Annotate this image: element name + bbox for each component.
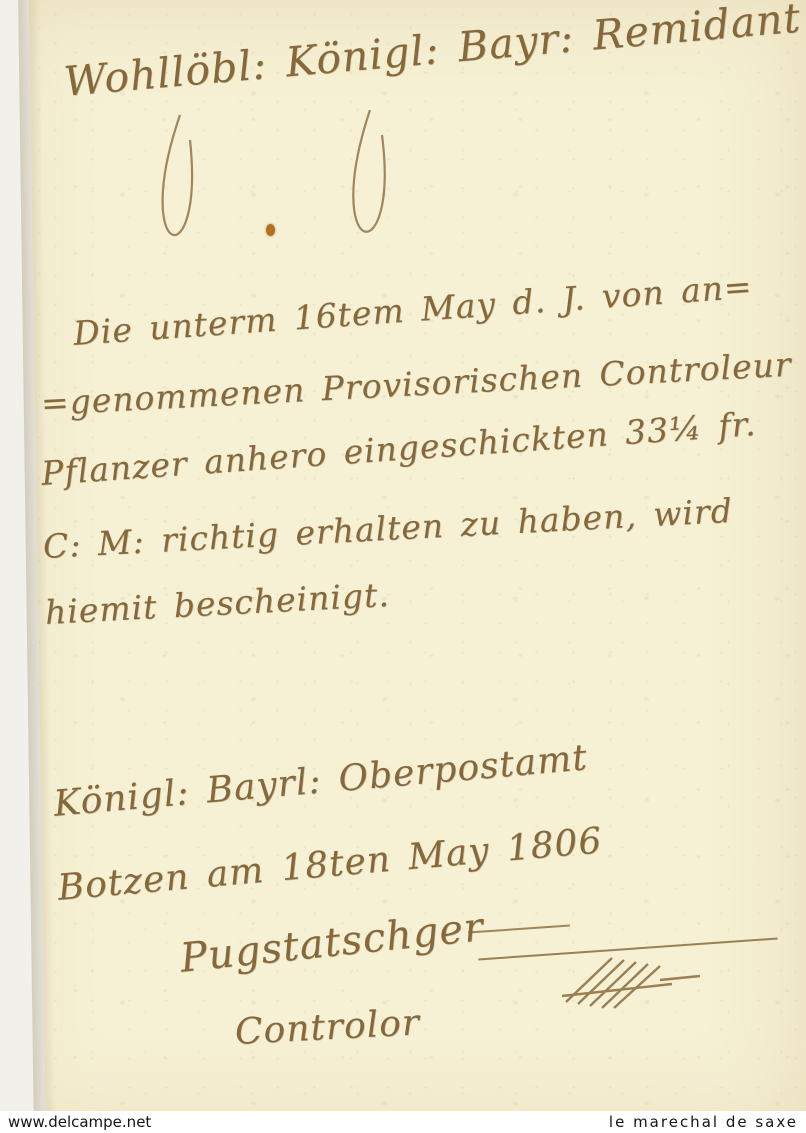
- paper-sheet: [0, 0, 806, 1133]
- watermark-seller-text: le marechal de saxe: [609, 1113, 798, 1131]
- watermark-bar: www.delcampe.net le marechal de saxe: [0, 1111, 806, 1133]
- scanned-letter: Wohllöbl: Königl: Bayr: Remidant Die unt…: [0, 0, 806, 1133]
- ink-blot: [266, 224, 275, 236]
- watermark-site-text: www.delcampe.net: [8, 1113, 151, 1131]
